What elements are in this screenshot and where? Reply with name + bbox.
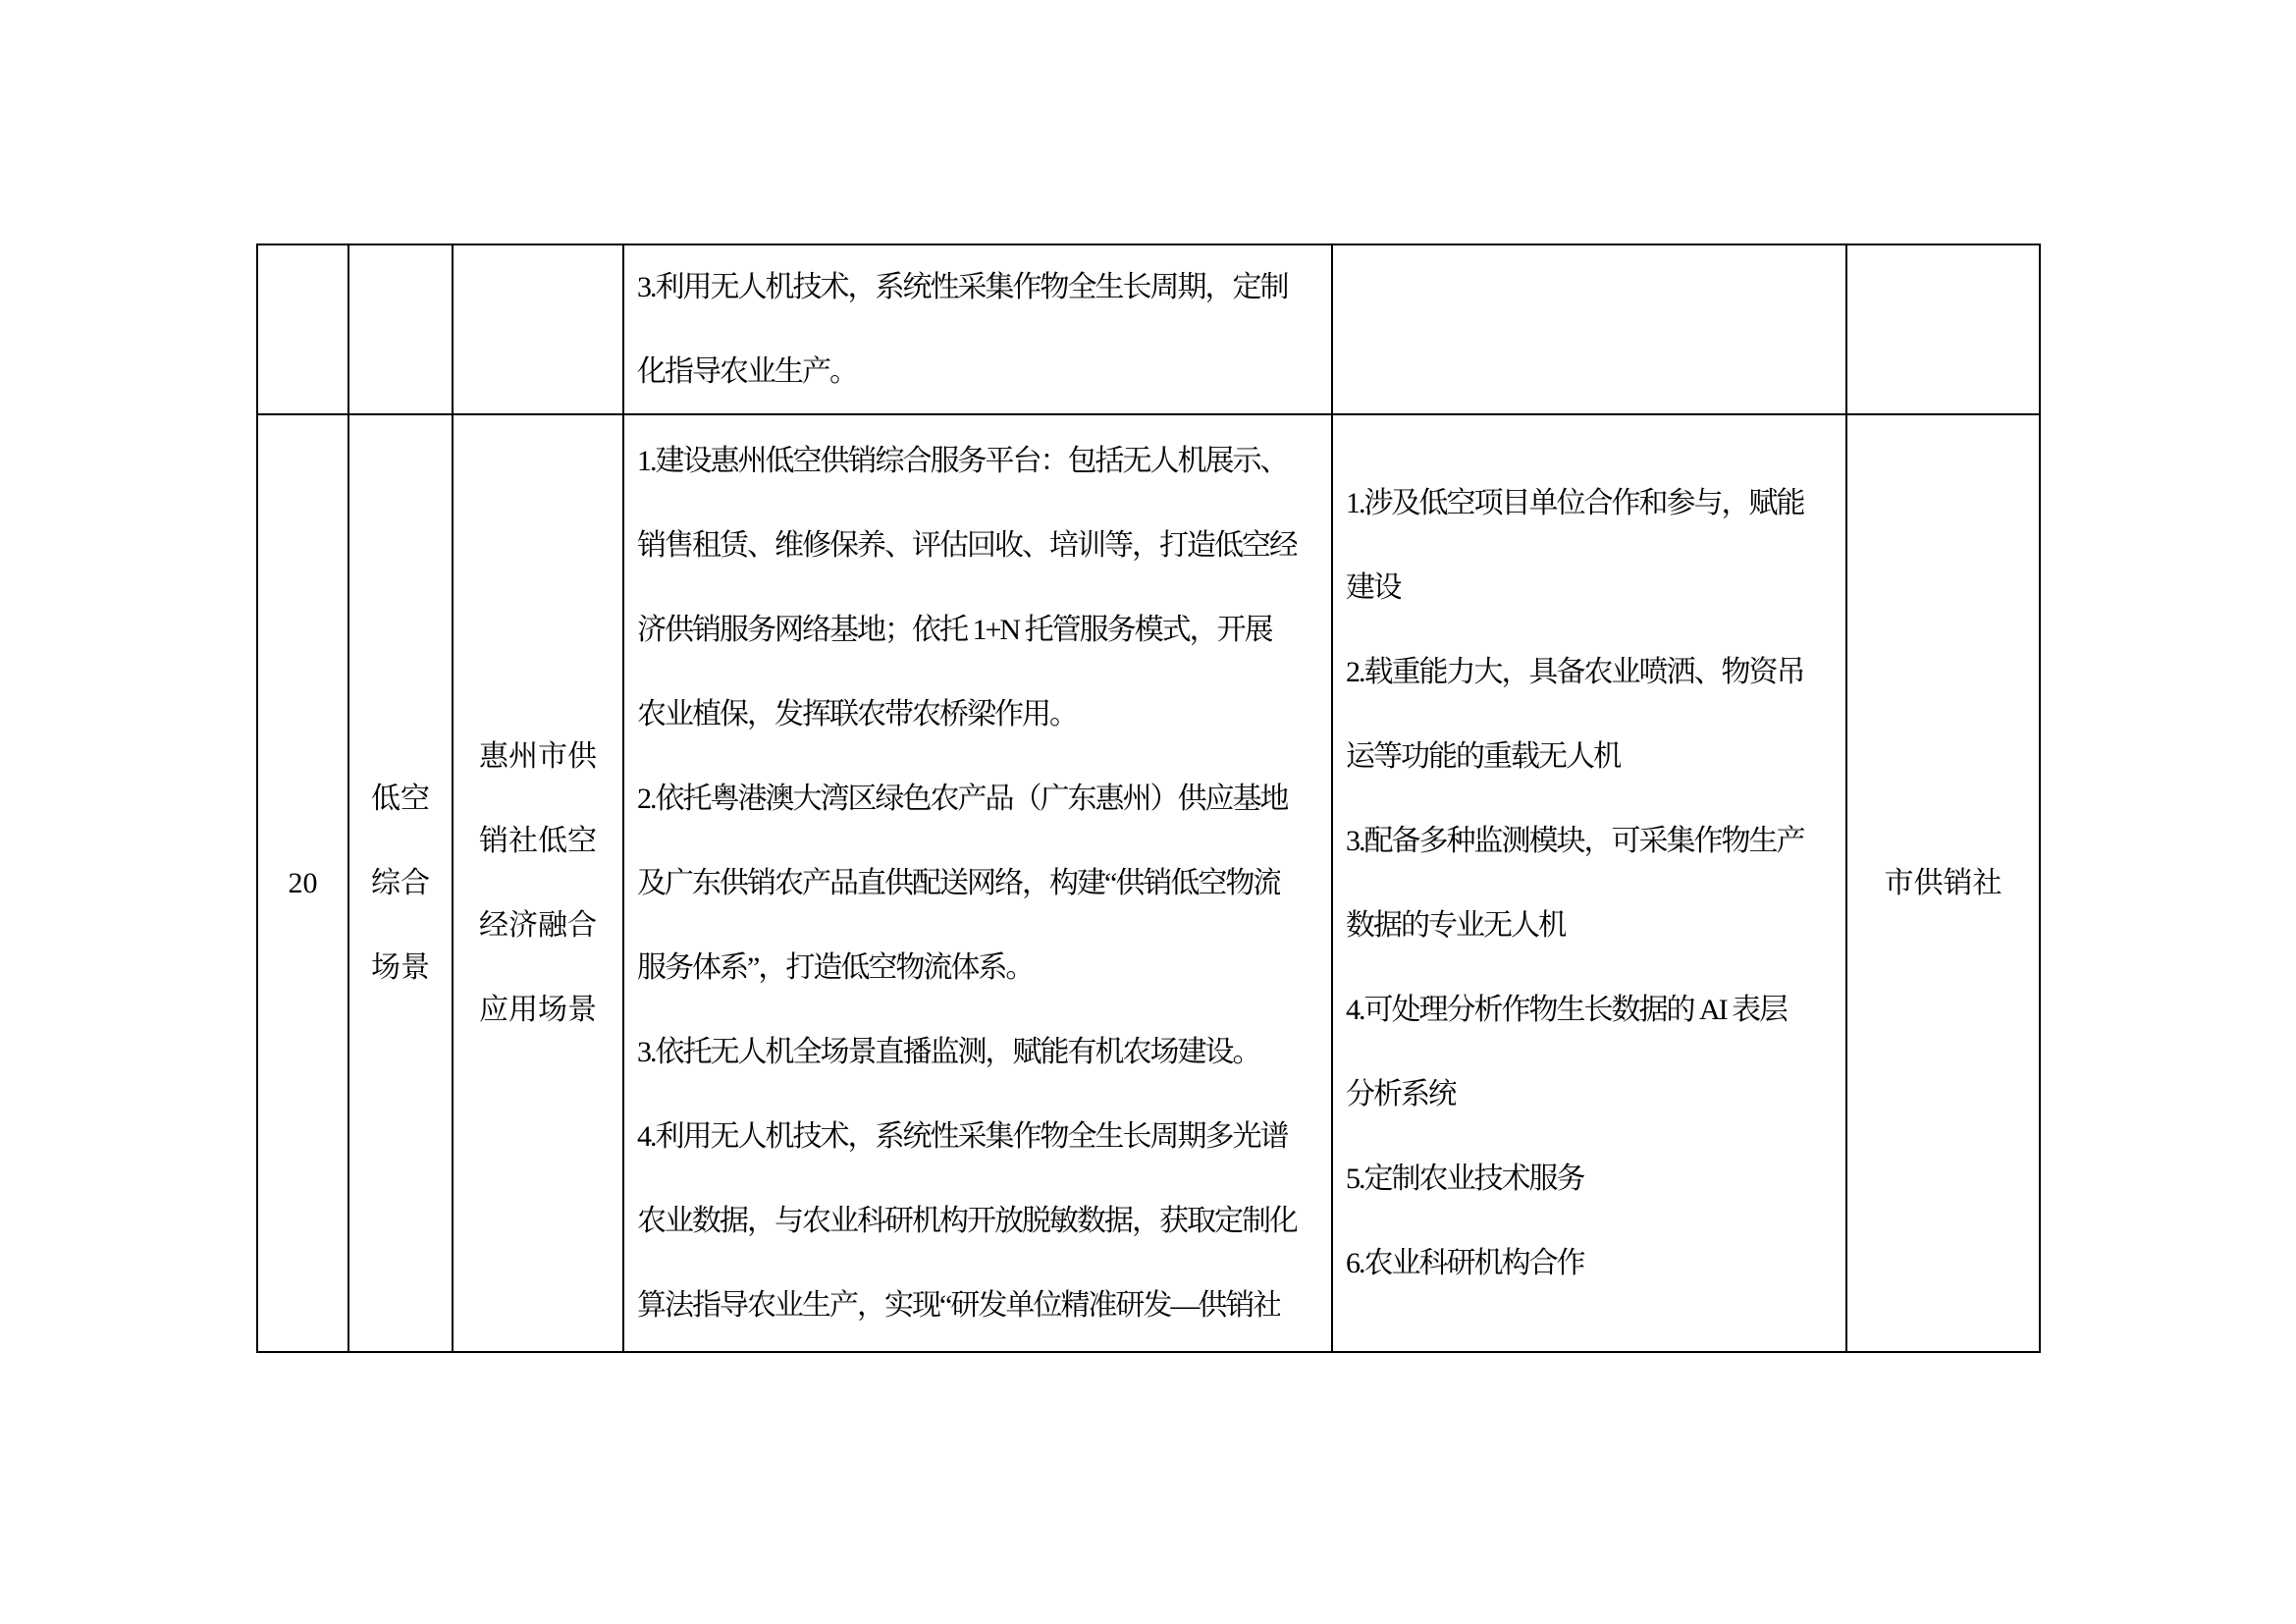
text-line: 应用场景 [479, 968, 597, 1053]
text-line: 济供销服务网络基地；依托 1+N 托管服务模式，开展 [637, 588, 1272, 673]
text-line: 2.依托粤港澳大湾区绿色农产品（广东惠州）供应基地 [637, 757, 1288, 841]
row1-description-cell: 3.利用无人机技术，系统性采集作物全生长周期，定制化指导农业生产。 [624, 245, 1333, 415]
text-line: 算法指导农业生产，实现“研发单位精准研发—供销社 [637, 1264, 1280, 1348]
text-line: 销售租赁、维修保养、评估回收、培训等，打造低空经 [637, 504, 1297, 588]
text-line: 建设 [1346, 546, 1401, 630]
text-line: 化指导农业生产。 [637, 330, 857, 414]
text-line: 3.依托无人机全场景直播监测，赋能有机农场建设。 [637, 1010, 1260, 1095]
row1-index-cell [258, 245, 349, 415]
text-line: 数据的专业无人机 [1346, 884, 1566, 968]
row-index: 20 [289, 841, 318, 926]
row1-requirements-cell [1333, 245, 1847, 415]
row1-project-cell [454, 245, 624, 415]
row1-unit-cell [1847, 245, 2039, 415]
text-line: 农业植保，发挥联农带农桥梁作用。 [637, 673, 1077, 757]
text-line: 销社低空 [479, 799, 597, 884]
text-line: 及广东供销农产品直供配送网络，构建“供销低空物流 [637, 841, 1280, 926]
row2-requirements-cell: 1.涉及低空项目单位合作和参与，赋能建设2.载重能力大，具备农业喷洒、物资吊运等… [1333, 415, 1847, 1351]
row2-description-cell: 1.建设惠州低空供销综合服务平台：包括无人机展示、销售租赁、维修保养、评估回收、… [624, 415, 1333, 1351]
text-line: 3.利用无人机技术，系统性采集作物全生长周期，定制 [637, 245, 1288, 330]
text-line: 惠州市供 [479, 715, 597, 799]
text-line: 1.建设惠州低空供销综合服务平台：包括无人机展示、 [637, 419, 1288, 504]
row2-index-cell: 20 [258, 415, 349, 1351]
text-line: 3.配备多种监测模块，可采集作物生产 [1346, 799, 1804, 884]
text-line: 6.农业科研机构合作 [1346, 1221, 1584, 1306]
text-line: 综合 [371, 841, 430, 926]
text-line: 5.定制农业技术服务 [1346, 1137, 1584, 1221]
text-line: 运等功能的重载无人机 [1346, 715, 1621, 799]
text-line: 农业数据，与农业科研机构开放脱敏数据，获取定制化 [637, 1179, 1297, 1264]
row2-project-cell: 惠州市供销社低空经济融合应用场景 [454, 415, 624, 1351]
row1-scene-cell [349, 245, 454, 415]
row2-scene-cell: 低空综合场景 [349, 415, 454, 1351]
text-line: 分析系统 [1346, 1053, 1456, 1137]
projects-table: 3.利用无人机技术，系统性采集作物全生长周期，定制化指导农业生产。 20 低空综… [256, 244, 2041, 1353]
text-line: 4.可处理分析作物生长数据的 AI 表层 [1346, 968, 1787, 1053]
text-line: 场景 [371, 926, 430, 1010]
text-line: 1.涉及低空项目单位合作和参与，赋能 [1346, 461, 1804, 546]
text-line: 经济融合 [479, 884, 597, 968]
text-line: 服务体系”，打造低空物流体系。 [637, 926, 1033, 1010]
row2-unit-cell: 市供销社 [1847, 415, 2039, 1351]
text-line: 2.载重能力大，具备农业喷洒、物资吊 [1346, 630, 1804, 715]
responsible-unit: 市供销社 [1885, 841, 2002, 926]
text-line: 低空 [371, 757, 430, 841]
text-line: 4.利用无人机技术，系统性采集作物全生长周期多光谱 [637, 1095, 1288, 1179]
